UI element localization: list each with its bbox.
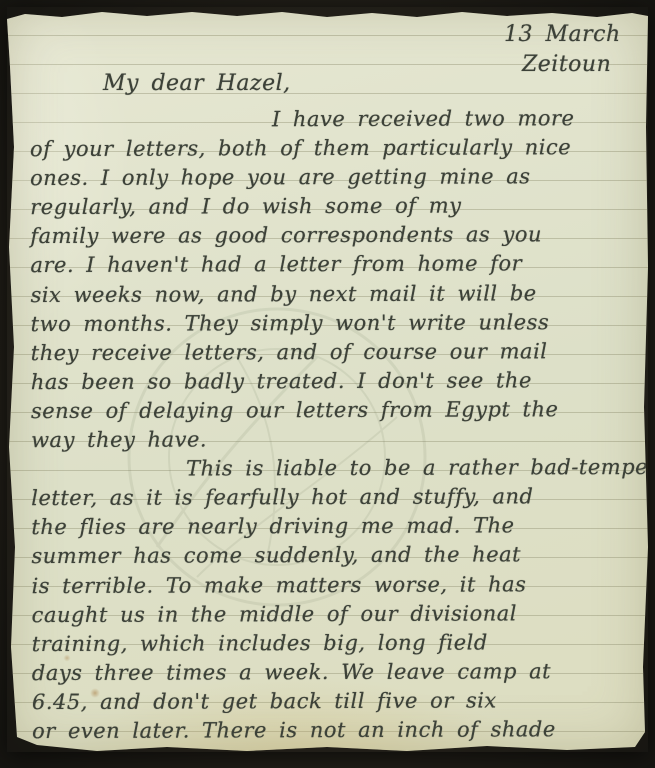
letter-line: ones. I only hope you are getting mine a… [30, 162, 643, 193]
letter-line: are. I haven't had a letter from home fo… [30, 249, 643, 280]
letter-line: the flies are nearly driving me mad. The [31, 511, 644, 542]
letter-line: regularly, and I do wish some of my [30, 191, 643, 222]
letter-line: sense of delaying our letters from Egypt… [31, 395, 644, 426]
scan-background: 13 March Zeitoun My dear Hazel, I have r… [0, 0, 655, 768]
dateline: 13 March Zeitoun [504, 20, 621, 80]
letter-line: caught us in the middle of our divisiona… [32, 599, 645, 630]
letter-line: has been so badly treated. I don't see t… [31, 366, 644, 397]
letter-body: I have received two moreof your letters,… [30, 104, 645, 746]
letter-line: is terrible. To make matters worse, it h… [32, 569, 645, 600]
letter-line: 6.45, and don't get back till five or si… [32, 686, 645, 717]
letter-line: or even later. There is not an inch of s… [32, 715, 645, 746]
letter-line: This is liable to be a rather bad-temper… [31, 453, 644, 484]
letter-line: two months. They simply won't write unle… [31, 308, 644, 339]
letter-line: I have received two more [30, 104, 643, 135]
letter-line: family were as good correspondents as yo… [30, 220, 643, 251]
salutation: My dear Hazel, [103, 71, 291, 96]
letter-line: of your letters, both of them particular… [30, 133, 643, 164]
dateline-place: Zeitoun [504, 50, 621, 80]
letter-line: they receive letters, and of course our … [31, 337, 644, 368]
letter-line: training, which includes big, long field [32, 628, 645, 659]
letter-line: way they have. [31, 424, 644, 455]
letter-paper: 13 March Zeitoun My dear Hazel, I have r… [7, 7, 648, 752]
letter-line: summer has come suddenly, and the heat [31, 540, 644, 571]
letter-line: six weeks now, and by next mail it will … [30, 278, 643, 309]
letter-line: days three times a week. We leave camp a… [32, 657, 645, 688]
letter-line: letter, as it is fearfully hot and stuff… [31, 482, 644, 513]
dateline-date: 13 March [504, 20, 621, 50]
